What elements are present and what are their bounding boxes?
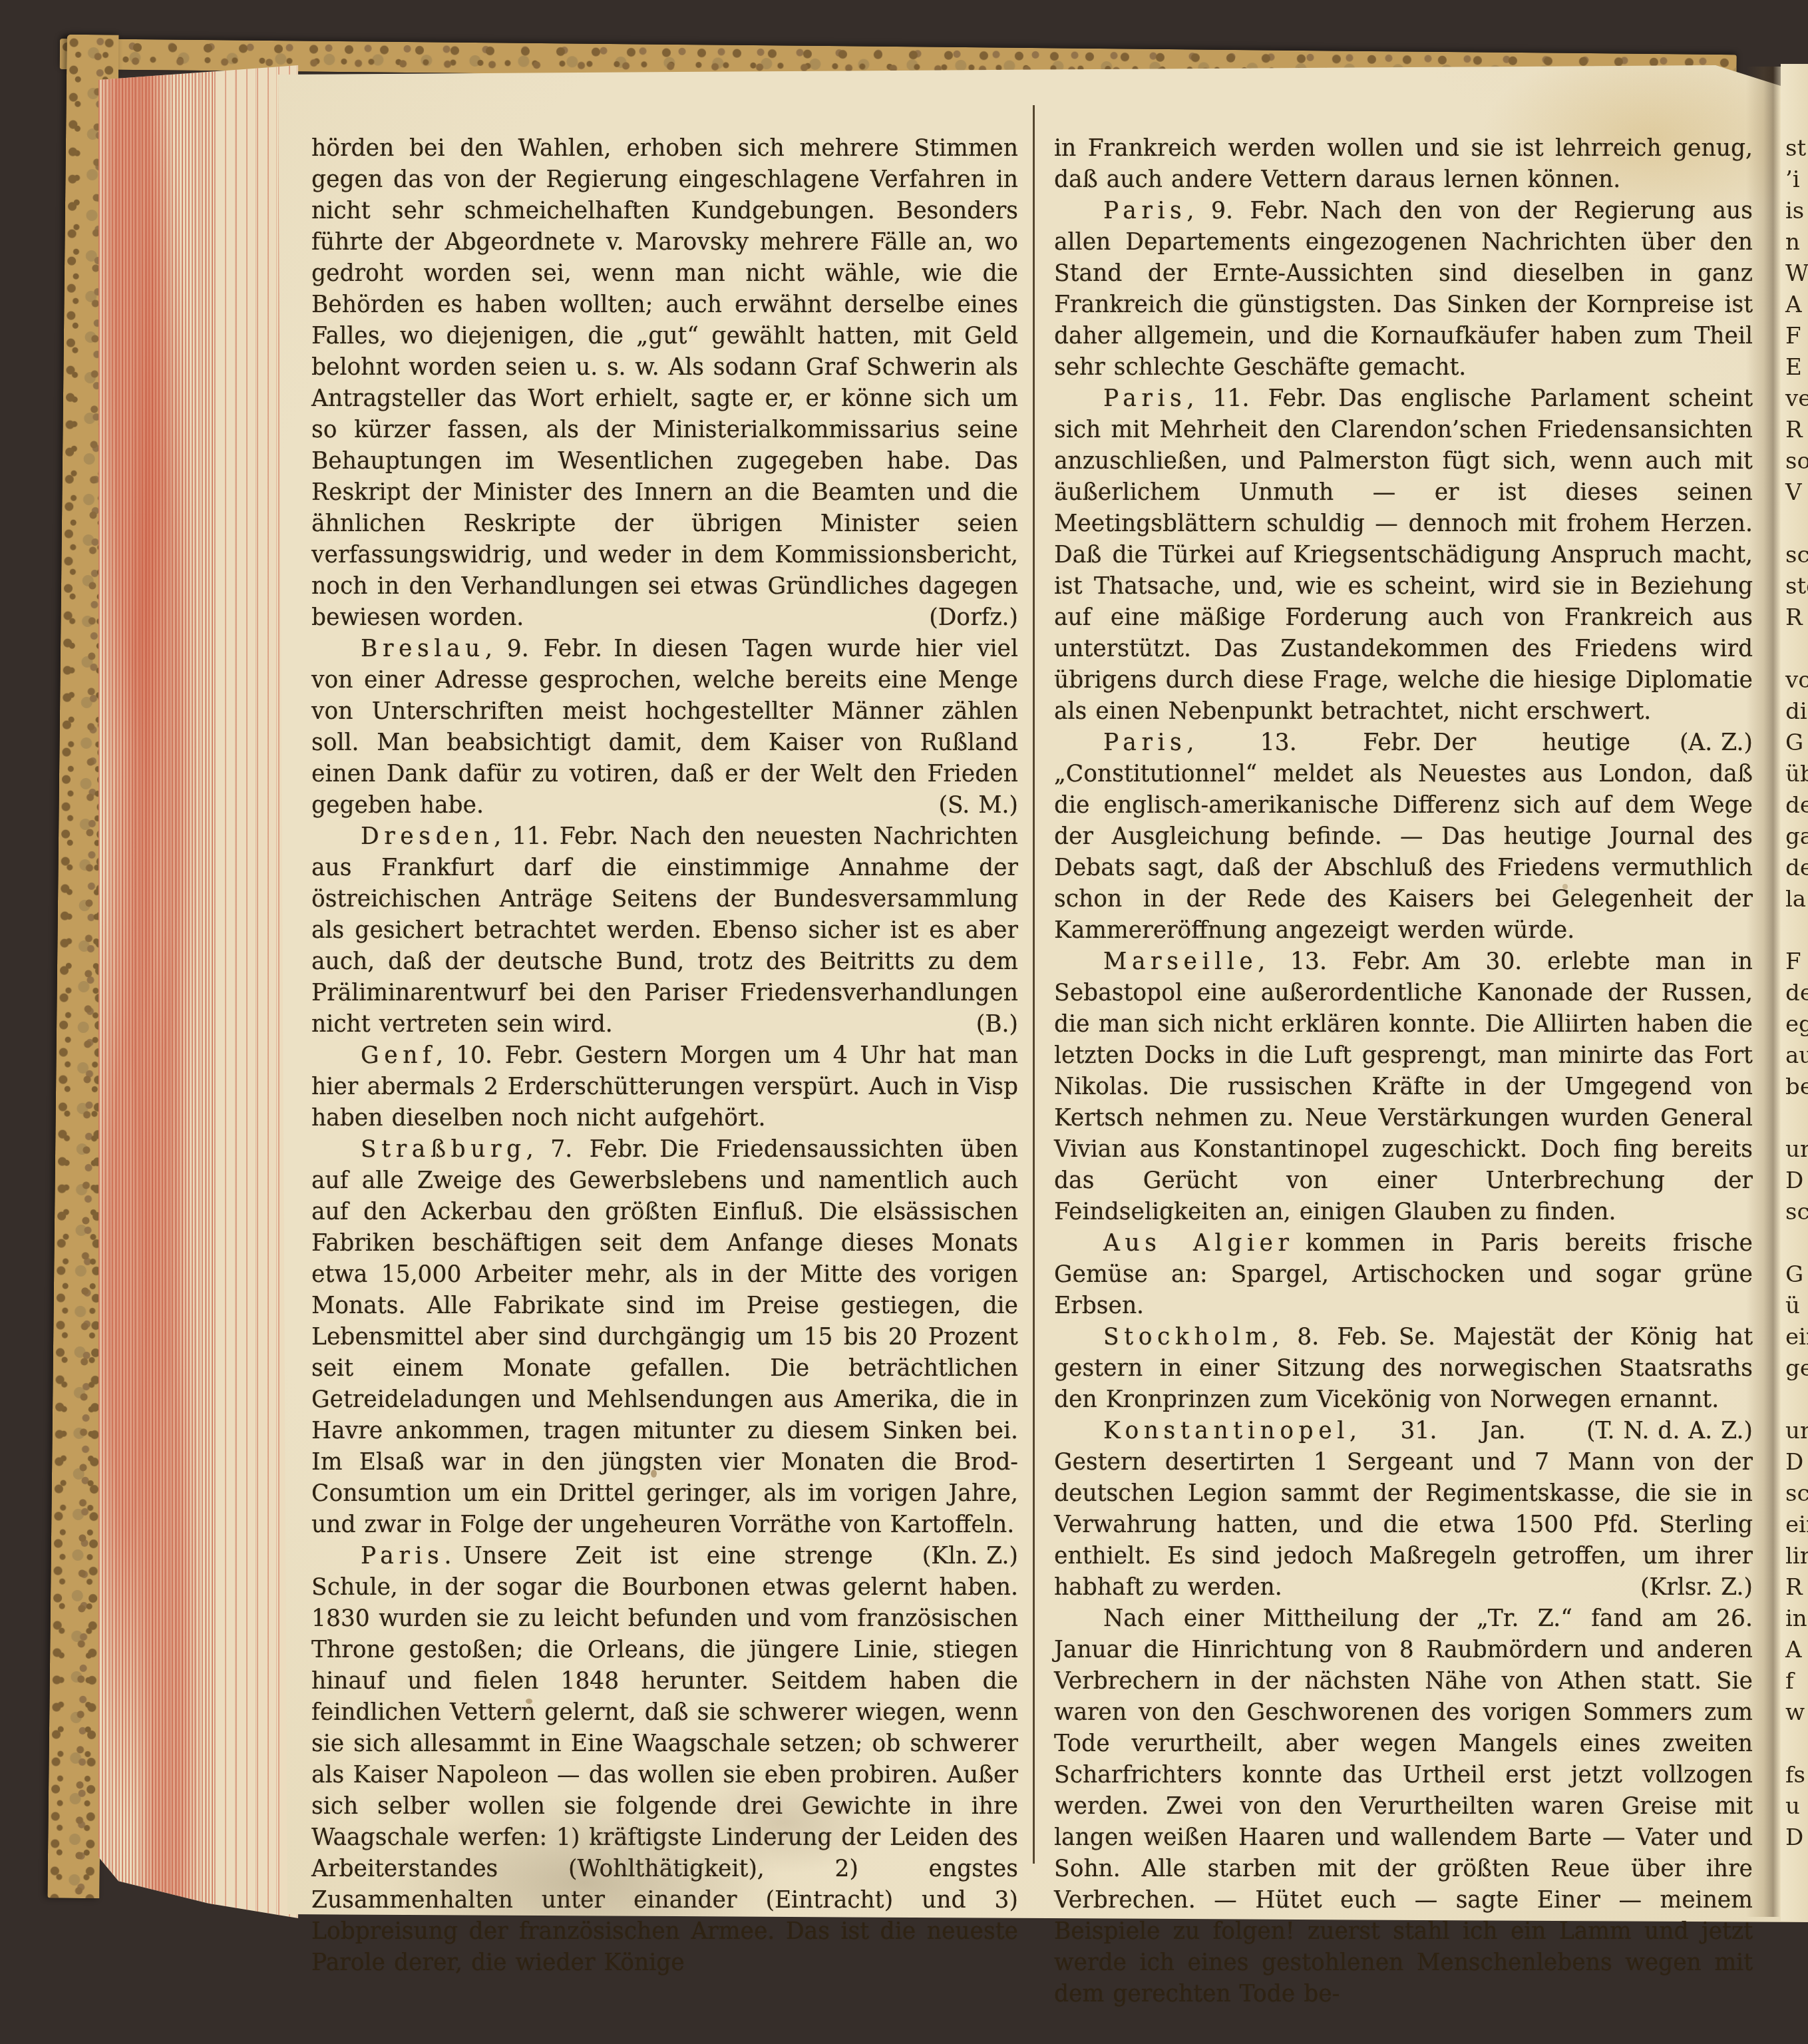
dateline-date: , 31. Jan. (1350, 1418, 1526, 1444)
cut-off-text-fragment: lin (1781, 1541, 1808, 1572)
cut-off-text-fragment: ein (1781, 1322, 1808, 1353)
dateline-date: , 7. Febr. (526, 1136, 648, 1163)
cut-off-text-fragment: eg (1781, 1009, 1808, 1040)
cut-off-text-fragment: G (1781, 727, 1808, 759)
cut-off-text-fragment: ge (1781, 1353, 1808, 1384)
paragraph: Paris. Unsere Zeit ist eine strenge Schu… (311, 1541, 1018, 1979)
cut-off-text-fragment: V (1781, 477, 1808, 509)
paragraph: Marseille, 13. Febr. Am 30. erlebte man … (1054, 946, 1753, 1228)
cut-off-text-fragment: ’i (1781, 164, 1808, 196)
dateline-city: Aus Algier (1103, 1230, 1294, 1257)
dateline-city: Paris (1103, 729, 1186, 756)
dateline-date: , 11. Febr. (494, 823, 618, 850)
cut-off-text-fragment: w (1781, 1697, 1808, 1729)
cut-off-text-fragment: sch (1781, 1197, 1808, 1228)
cut-off-text-fragment: di (1781, 696, 1808, 727)
cut-off-text-fragment: D (1781, 1822, 1808, 1854)
source-citation: (Kln. Z.) (873, 1541, 1018, 1572)
cut-off-text-fragment: is (1781, 196, 1808, 227)
book-scan: hörden bei den Wahlen, erhoben sich mehr… (0, 0, 1808, 2044)
dateline-city: Stockholm (1103, 1324, 1272, 1350)
newspaper-column-right: in Frankreich werden wollen und sie ist … (1054, 133, 1753, 2010)
cut-off-text-fragment (1781, 1228, 1808, 1259)
dateline-city: Genf (361, 1042, 436, 1069)
source-citation: (A. Z.) (1630, 727, 1753, 759)
cut-off-text-fragment: fs (1781, 1760, 1808, 1791)
paragraph: Paris, 11. Febr. Das englische Parlament… (1054, 383, 1753, 727)
cut-off-text-fragment: R (1781, 415, 1808, 446)
source-citation: (Krlsr. Z.) (1591, 1572, 1753, 1603)
paragraph: Stockholm, 8. Feb. Se. Majestät der Köni… (1054, 1322, 1753, 1416)
dateline-city: Breslau (361, 636, 485, 662)
cut-off-text-fragment: A (1781, 1635, 1808, 1666)
paragraph: Nach einer Mittheilung der „Tr. Z.“ fand… (1054, 1603, 1753, 2010)
cut-off-text-fragment: üb (1781, 759, 1808, 790)
cut-off-text-fragment: in (1781, 1603, 1808, 1635)
cut-off-text-fragment (1781, 1729, 1808, 1760)
cut-off-text-fragment: un (1781, 1134, 1808, 1165)
dateline-date: , 9. Febr. (485, 636, 602, 662)
column-divider-rule (1033, 105, 1035, 1864)
dateline-city: Dresden (361, 823, 494, 850)
source-citation: (Dorfz.) (929, 602, 1018, 634)
cut-off-text-fragment: u (1781, 1791, 1808, 1822)
cut-off-text-fragment: so (1781, 446, 1808, 477)
cut-off-text-fragment: G (1781, 1259, 1808, 1291)
cut-off-text-fragment (1781, 915, 1808, 946)
paragraph: in Frankreich werden wollen und sie ist … (1054, 133, 1753, 196)
dateline-date: , 8. Feb. (1272, 1324, 1387, 1350)
page-fold-shadow (1746, 67, 1781, 1917)
cut-off-text-fragment: ve (1781, 383, 1808, 415)
cut-off-text-fragment: la (1781, 884, 1808, 915)
cut-off-text-fragment: de (1781, 790, 1808, 821)
cut-off-text-fragment: E (1781, 352, 1808, 383)
cut-off-text-fragment: ü (1781, 1291, 1808, 1322)
cut-off-text-fragment (1781, 1384, 1808, 1416)
dateline-city: Paris (1103, 198, 1186, 224)
next-page-edge: st’iisnWAFEveRsoVschsteRvodiGübdegadelaF… (1781, 64, 1808, 1921)
cut-off-text-fragment: n (1781, 227, 1808, 258)
newspaper-column-left: hörden bei den Wahlen, erhoben sich mehr… (311, 133, 1018, 1979)
cut-off-text-fragment: f (1781, 1666, 1808, 1697)
cut-off-text-fragment: A (1781, 290, 1808, 321)
dateline-city: Konstantinopel (1103, 1418, 1350, 1444)
cut-off-text-fragment: F (1781, 946, 1808, 978)
cut-off-text-fragment: F (1781, 321, 1808, 352)
cut-off-text-fragment: st (1781, 133, 1808, 164)
dateline-city: Paris (1103, 385, 1186, 412)
cut-off-text-fragment: ste (1781, 571, 1808, 602)
dateline-date: . (444, 1543, 451, 1569)
paragraph: hörden bei den Wahlen, erhoben sich mehr… (311, 133, 1018, 634)
cut-off-text-fragment (1781, 634, 1808, 665)
cut-off-text-fragment: be (1781, 1072, 1808, 1103)
source-citation: (B.) (927, 1009, 1018, 1040)
cut-off-text-fragment: D (1781, 1165, 1808, 1197)
dateline-date: , 10. Febr. (436, 1042, 564, 1069)
paragraph: Breslau, 9. Febr. In diesen Tagen wurde … (311, 634, 1018, 821)
cut-off-text-fragment: au (1781, 1040, 1808, 1072)
cut-off-text-fragment: ein (1781, 1510, 1808, 1541)
paragraph: Genf, 10. Febr. Gestern Morgen um 4 Uhr … (311, 1040, 1018, 1134)
dateline-city: Paris (361, 1543, 444, 1569)
page-stack-fore-edge (98, 61, 298, 1918)
page-edge-red-marbling (98, 61, 214, 1918)
dateline-date: , 11. Febr. (1186, 385, 1326, 412)
cut-off-text-fragment: sch (1781, 1478, 1808, 1510)
dateline-date: , 13. Febr. (1258, 948, 1411, 975)
cut-off-text-fragment: R (1781, 1572, 1808, 1603)
dateline-date: , 13. Febr. (1186, 729, 1421, 756)
cut-off-text-fragment: sch (1781, 540, 1808, 571)
dateline-city: Marseille (1103, 948, 1258, 975)
dateline-city: Straßburg (361, 1136, 526, 1163)
paragraph: Aus Algier kommen in Paris bereits frisc… (1054, 1228, 1753, 1322)
cut-off-text-fragment: vo (1781, 665, 1808, 696)
cut-off-text-fragment: W (1781, 258, 1808, 290)
cut-off-text-fragment: ga (1781, 821, 1808, 853)
cut-off-text-fragment (1781, 1103, 1808, 1134)
source-citation: (T. N. d. A. Z.) (1537, 1416, 1753, 1447)
paragraph: Paris, 13. Febr. Der heutige „Constituti… (1054, 727, 1753, 946)
paragraph: Dresden, 11. Febr. Nach den neuesten Nac… (311, 821, 1018, 1040)
cut-off-text-fragment (1781, 509, 1808, 540)
cut-off-text-fragment: de (1781, 978, 1808, 1009)
paragraph: Straßburg, 7. Febr. Die Friedensaussicht… (311, 1134, 1018, 1541)
source-citation: (S. M.) (889, 790, 1018, 821)
cut-off-text-fragment: un (1781, 1416, 1808, 1447)
dateline-date: , 9. Febr. (1186, 198, 1308, 224)
cut-off-text-fragment: D (1781, 1447, 1808, 1478)
cut-off-text-fragment: de (1781, 853, 1808, 884)
paragraph: Paris, 9. Febr. Nach den von der Regieru… (1054, 196, 1753, 383)
cut-off-text-fragment: R (1781, 602, 1808, 634)
